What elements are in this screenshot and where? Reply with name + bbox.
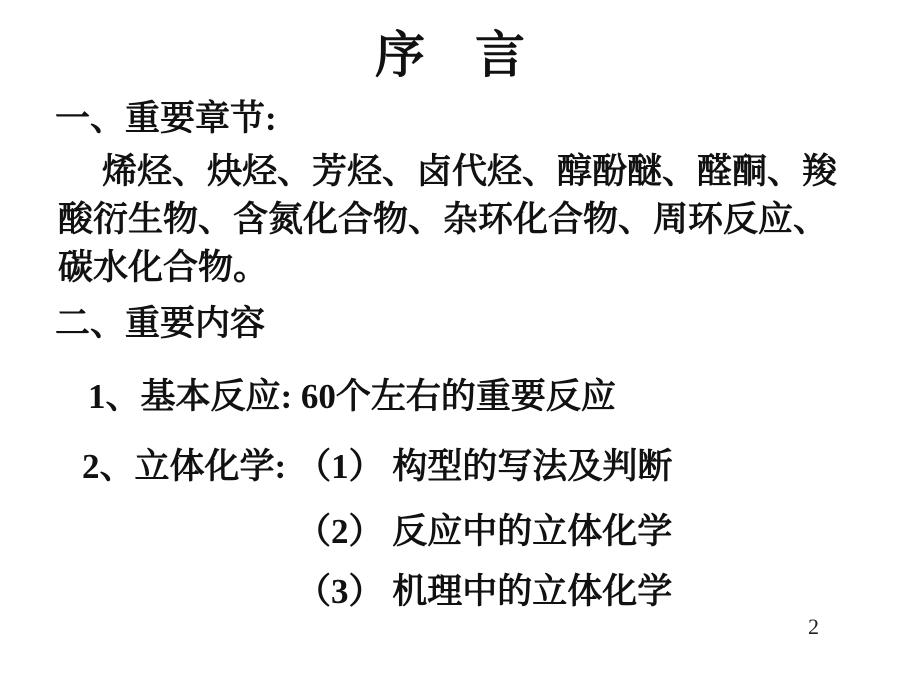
- presentation-slide: 序 言 一、重要章节: 烯烃、炔烃、芳烃、卤代烃、醇酚醚、醛酮、羧 酸衍生物、含…: [0, 0, 900, 675]
- page-number: 2: [808, 614, 819, 640]
- slide-title: 序 言: [0, 28, 900, 83]
- section2-heading: 二、重要内容: [55, 303, 265, 345]
- section1-heading: 一、重要章节:: [55, 98, 277, 140]
- chapters-line-3: 碳水化合物。: [58, 247, 268, 289]
- content-item-basic-reactions: 1、基本反应: 60个左右的重要反应: [88, 376, 616, 418]
- chapters-line-2: 酸衍生物、含氮化合物、杂环化合物、周环反应、: [58, 199, 828, 241]
- chapters-line-1: 烯烃、炔烃、芳烃、卤代烃、醇酚醚、醛酮、羧: [102, 151, 837, 193]
- stereo-point-2: （2） 反应中的立体化学: [296, 511, 672, 553]
- stereo-point-3: （3） 机理中的立体化学: [296, 571, 672, 613]
- stereochemistry-label: 2、立体化学:: [82, 446, 286, 488]
- stereo-point-1: （1） 构型的写法及判断: [296, 446, 672, 488]
- content-item-stereochemistry: 2、立体化学: （1） 构型的写法及判断: [82, 446, 672, 488]
